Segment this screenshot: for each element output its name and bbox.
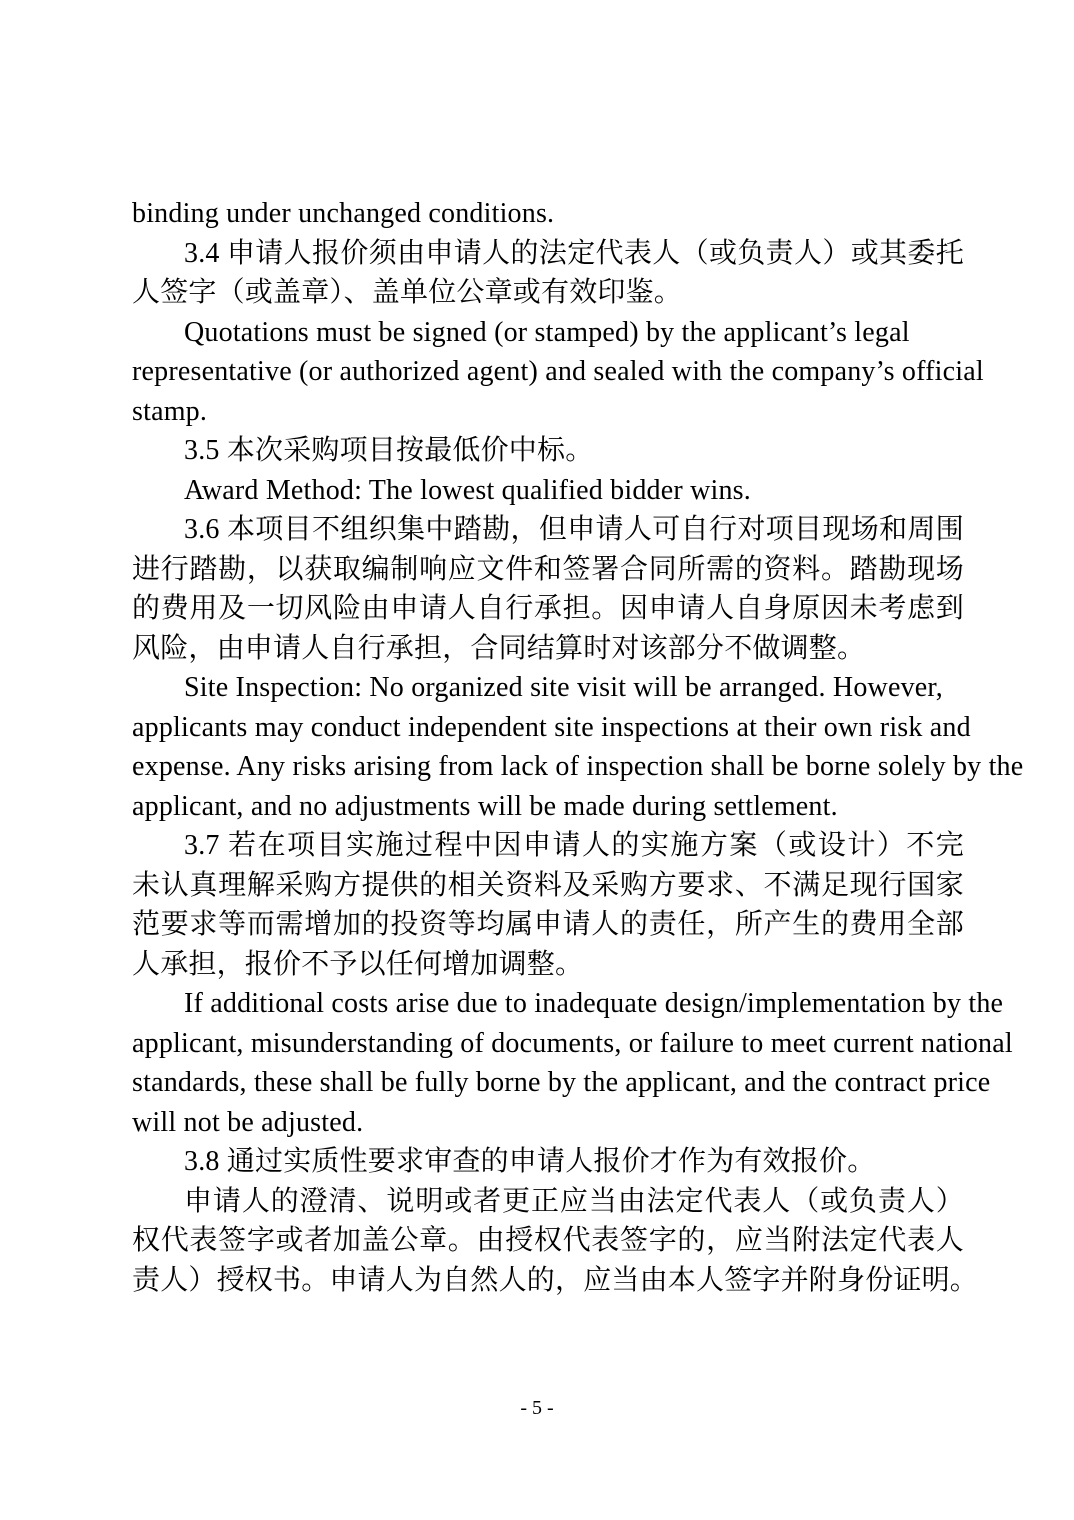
text-line: representative (or authorized agent) and… <box>132 352 964 392</box>
text-line: will not be adjusted. <box>132 1103 964 1143</box>
text-line: 人承担，报价不予以任何增加调整。 <box>132 945 964 985</box>
text-line: Site Inspection: No organized site visit… <box>132 668 964 708</box>
text-line: 3.6 本项目不组织集中踏勘，但申请人可自行对项目现场和周围环境 <box>132 510 964 550</box>
text-line: 风险，由申请人自行承担，合同结算时对该部分不做调整。 <box>132 629 964 669</box>
text-line: Award Method: The lowest qualified bidde… <box>132 471 964 511</box>
text-line: applicant, and no adjustments will be ma… <box>132 787 964 827</box>
text-line: 范要求等而需增加的投资等均属申请人的责任，所产生的费用全部由申请 <box>132 905 964 945</box>
text-line: Quotations must be signed (or stamped) b… <box>132 313 964 353</box>
text-line: 未认真理解采购方提供的相关资料及采购方要求、不满足现行国家相关规 <box>132 866 964 906</box>
text-line: 的费用及一切风险由申请人自行承担。因申请人自身原因未考虑到的价格 <box>132 589 964 629</box>
text-line: 3.5 本次采购项目按最低价中标。 <box>132 431 964 471</box>
text-line: applicant, misunderstanding of documents… <box>132 1024 964 1064</box>
text-line: 人签字（或盖章）、盖单位公章或有效印鉴。 <box>132 273 964 313</box>
text-line: If additional costs arise due to inadequ… <box>132 984 964 1024</box>
text-line: 责人）授权书。申请人为自然人的，应当由本人签字并附身份证明。 <box>132 1261 964 1301</box>
page-number: - 5 - <box>0 1396 1074 1420</box>
document-page: binding under unchanged conditions.3.4 申… <box>0 0 1074 1520</box>
text-line: binding under unchanged conditions. <box>132 194 964 234</box>
text-line: expense. Any risks arising from lack of … <box>132 747 964 787</box>
text-line: stamp. <box>132 392 964 432</box>
text-line: 权代表签字或者加盖公章。由授权代表签字的，应当附法定代表人（或负 <box>132 1221 964 1261</box>
document-body: binding under unchanged conditions.3.4 申… <box>132 194 964 1300</box>
text-line: 申请人的澄清、说明或者更正应当由法定代表人（或负责人）或其授 <box>132 1182 964 1222</box>
text-line: 3.8 通过实质性要求审查的申请人报价才作为有效报价。 <box>132 1142 964 1182</box>
text-line: applicants may conduct independent site … <box>132 708 964 748</box>
text-line: 进行踏勘，以获取编制响应文件和签署合同所需的资料。踏勘现场所发生 <box>132 550 964 590</box>
text-line: 3.7 若在项目实施过程中因申请人的实施方案（或设计）不完善，或 <box>132 826 964 866</box>
text-line: standards, these shall be fully borne by… <box>132 1063 964 1103</box>
text-line: 3.4 申请人报价须由申请人的法定代表人（或负责人）或其委托代理 <box>132 234 964 274</box>
